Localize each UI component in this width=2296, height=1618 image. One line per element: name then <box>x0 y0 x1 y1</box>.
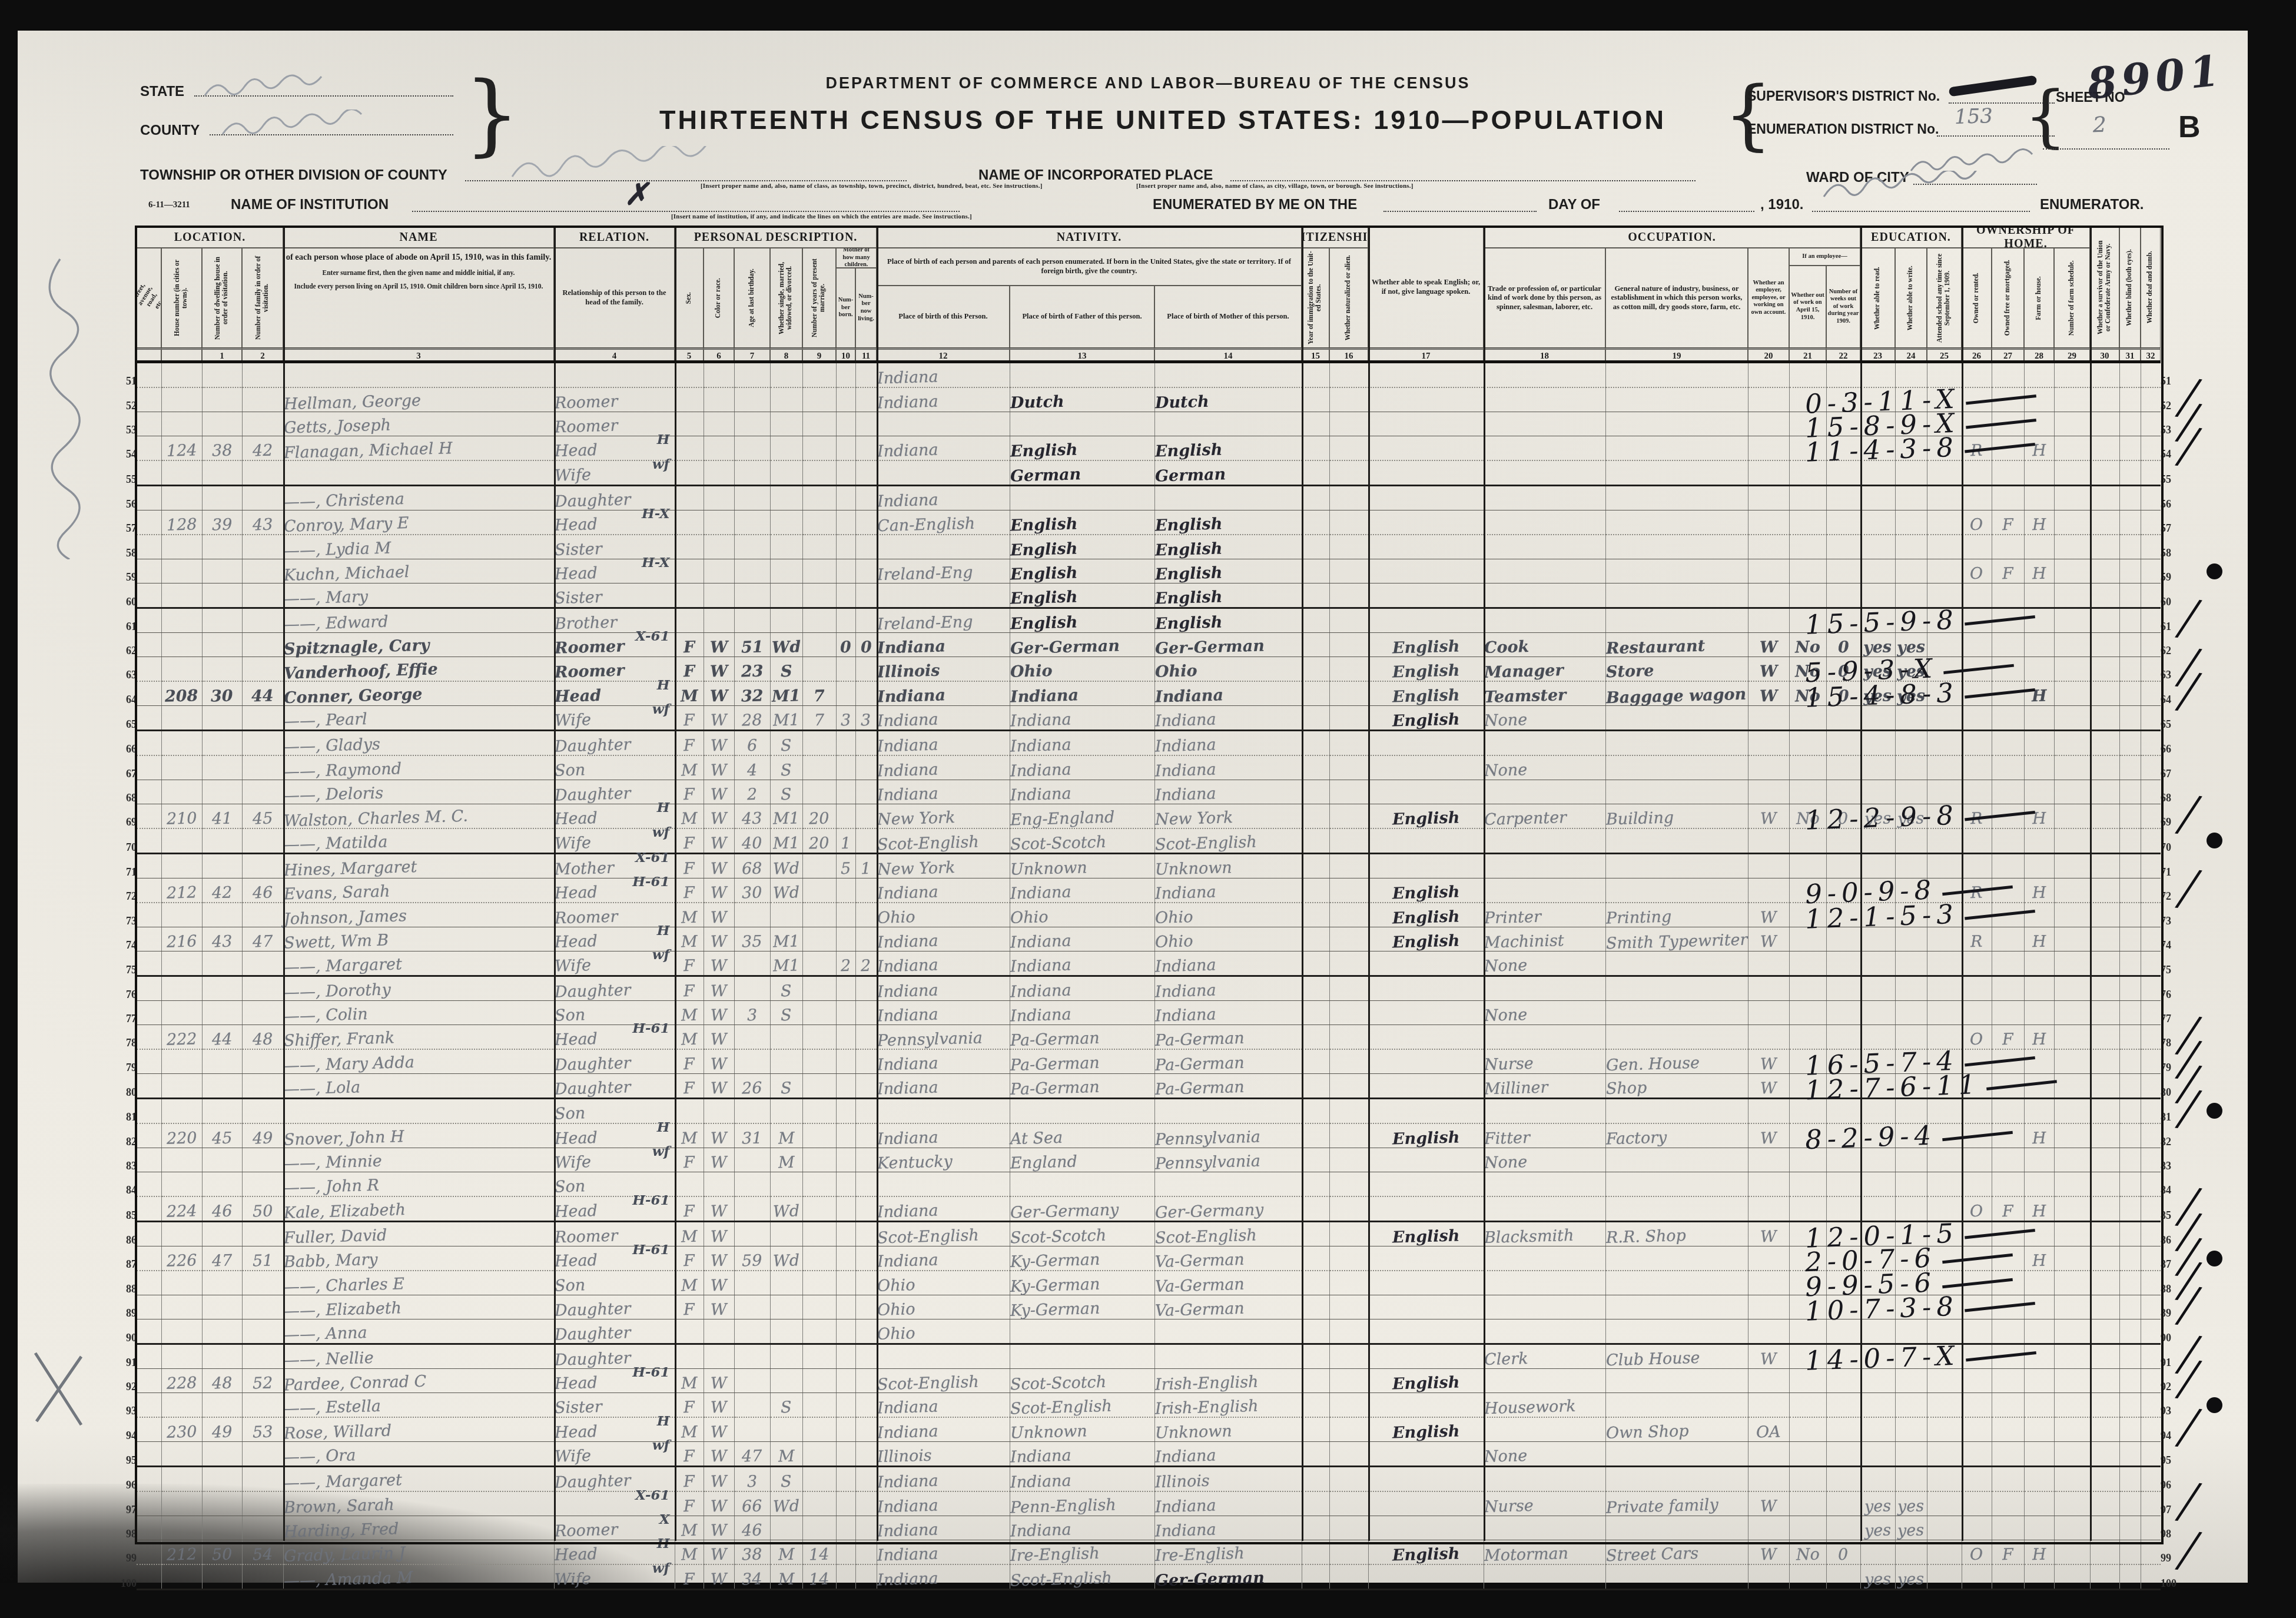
cell-yrs <box>802 657 836 682</box>
cell-fa <box>242 1491 283 1516</box>
cell-wr <box>1895 1172 1927 1197</box>
cell-rd <box>1860 854 1895 878</box>
cell-cb <box>836 510 855 535</box>
handwritten-entry: 51 <box>741 638 763 657</box>
handwritten-entry: Unknown <box>1010 858 1087 879</box>
cell-race: W <box>704 780 734 804</box>
cell-ow <box>1789 486 1826 510</box>
cell-emp: W <box>1748 927 1789 951</box>
cell-pob <box>877 460 1010 486</box>
row-number-left: 91 <box>126 1357 137 1368</box>
cell-pf: English <box>1010 583 1154 608</box>
handwritten-entry: Head <box>554 515 598 535</box>
cell-mar: Wd <box>770 854 802 878</box>
cell-sex <box>675 559 704 583</box>
cell-vet <box>2090 1123 2119 1148</box>
cell-st <box>137 755 161 780</box>
cell-emp <box>1748 510 1789 535</box>
cell-vet <box>2090 412 2119 436</box>
cell-mar <box>770 486 802 510</box>
cell-dw <box>202 657 242 682</box>
relation-ink-mark: H <box>657 1413 670 1429</box>
cell-ind: Private family <box>1605 1491 1748 1516</box>
cell-cl <box>855 510 877 535</box>
handwritten-entry: ——, Mary <box>283 588 368 608</box>
cell-wr: yes <box>1895 1516 1927 1540</box>
handwritten-entry: 45 <box>211 1129 232 1148</box>
cell-df <box>2141 927 2161 951</box>
handwritten-entry: F <box>2002 1546 2014 1564</box>
cell-cl <box>855 804 877 829</box>
cell-wks <box>1826 510 1860 535</box>
cell-dw <box>202 460 242 486</box>
cell-pm: Indiana <box>1154 976 1302 1001</box>
cell-mar <box>770 1049 802 1074</box>
cell-rel: HeadH-61 <box>554 878 675 903</box>
cell-im <box>1302 1099 1329 1124</box>
cell-cb <box>836 1344 855 1369</box>
handwritten-entry: Sister <box>554 1398 602 1417</box>
cell-age: 38 <box>734 1540 770 1565</box>
cell-cb: 5 <box>836 854 855 878</box>
handwritten-entry: M1 <box>773 932 800 951</box>
cell-ow <box>1789 535 1826 559</box>
dayof-label: DAY OF <box>1548 197 1600 213</box>
cell-sex: F <box>675 1246 704 1271</box>
handwritten-entry: Indiana <box>877 1079 938 1099</box>
cell-pm: Ohio <box>1154 903 1302 927</box>
cell-fh <box>2024 1417 2054 1442</box>
handwritten-entry: Indiana <box>1010 1521 1071 1541</box>
handwritten-entry: F <box>684 1252 695 1271</box>
cell-trade <box>1484 1196 1605 1222</box>
row-number-right: 73 <box>2161 915 2171 927</box>
cell-dw <box>202 1564 242 1590</box>
cell-age <box>734 412 770 436</box>
cell-race <box>704 608 734 633</box>
cell-pob: Can-English <box>877 510 1010 535</box>
cell-own: R <box>1962 927 1992 951</box>
cell-sch <box>1927 1148 1962 1172</box>
cell-pob: Indiana <box>877 1417 1010 1442</box>
cell-ind <box>1605 780 1748 804</box>
cell-pm: Ire-English <box>1154 1540 1302 1565</box>
cell-rd <box>1860 755 1895 780</box>
cell-yrs <box>802 780 836 804</box>
handwritten-entry: Indiana <box>877 1497 938 1517</box>
handwritten-entry: Indiana <box>1154 1447 1216 1467</box>
table-row: 96——, MargaretDaughterFW3SIndianaIndiana… <box>115 1467 2249 1492</box>
cell-cl <box>855 559 877 583</box>
cell-cb <box>836 1222 855 1246</box>
cell-hn: 212 <box>161 1540 202 1565</box>
cell-sex: M <box>675 903 704 927</box>
handwritten-entry: 226 <box>166 1251 197 1270</box>
cell-eng <box>1368 1344 1484 1369</box>
cell-eng <box>1368 608 1484 633</box>
cell-age: 4 <box>734 755 770 780</box>
cell-ow <box>1789 510 1826 535</box>
cell-name: ——, Deloris <box>283 780 554 804</box>
cell-rel: Wifewf <box>554 951 675 976</box>
table-row: 66——, GladysDaughterFW6SIndianaIndianaIn… <box>115 731 2249 756</box>
cell-trade <box>1484 828 1605 854</box>
row-number-left: 68 <box>126 792 137 804</box>
cell-sex <box>675 460 704 486</box>
row-number-right: 89 <box>2161 1307 2171 1319</box>
cell-wks <box>1826 583 1860 608</box>
cell-mort <box>1992 1491 2024 1516</box>
cell-sex <box>675 436 704 461</box>
cell-eng <box>1368 387 1484 412</box>
handwritten-entry: ——, Deloris <box>283 784 383 805</box>
cell-im <box>1302 1074 1329 1099</box>
cell-dw <box>202 951 242 976</box>
handwritten-entry: 14 <box>809 1546 830 1564</box>
cell-pf: English <box>1010 559 1154 583</box>
cell-ind <box>1605 535 1748 559</box>
handwritten-entry: Hellman, George <box>283 392 421 413</box>
cell-sch <box>1927 755 1962 780</box>
cell-cb <box>836 486 855 510</box>
cell-sex: F <box>675 1393 704 1418</box>
cell-sch <box>1927 1540 1962 1565</box>
cell-mar <box>770 1319 802 1344</box>
handwritten-entry: 42 <box>211 884 232 903</box>
cell-fh: H <box>2024 1246 2054 1271</box>
cell-sch <box>1927 1417 1962 1442</box>
handwritten-entry: Restaurant <box>1605 637 1705 658</box>
cell-ind: R.R. Shop <box>1605 1222 1748 1246</box>
cell-emp <box>1748 854 1789 878</box>
handwritten-entry: W <box>711 1546 728 1564</box>
cell-bl <box>2119 1564 2141 1590</box>
cell-eng: English <box>1368 657 1484 682</box>
cell-hn: 222 <box>161 1025 202 1050</box>
cell-yrs: 7 <box>802 681 836 706</box>
cell-yrs <box>802 755 836 780</box>
handwritten-entry: Getts, Joseph <box>283 416 391 437</box>
cell-trade: Carpenter <box>1484 804 1605 829</box>
cell-pm: Indiana <box>1154 1442 1302 1467</box>
cell-dw <box>202 1491 242 1516</box>
handwritten-entry: Indiana <box>877 1521 938 1541</box>
cell-bl <box>2119 1369 2141 1393</box>
handwritten-entry: Va-German <box>1154 1299 1245 1320</box>
cell-pm <box>1154 412 1302 436</box>
sheet-sub-value: 2 <box>2092 113 2106 138</box>
cell-sch <box>1927 706 1962 731</box>
cell-im <box>1302 927 1329 951</box>
cell-mar: M1 <box>770 804 802 829</box>
cell-rd <box>1860 583 1895 608</box>
cell-ind <box>1605 608 1748 633</box>
row-number-right: 65 <box>2161 718 2171 730</box>
cell-hn <box>161 854 202 878</box>
cell-sch <box>1927 1393 1962 1418</box>
cell-pob <box>877 1099 1010 1124</box>
handwritten-entry: H <box>2032 1252 2046 1271</box>
cell-df <box>2141 412 2161 436</box>
cell-yrs <box>802 1001 836 1025</box>
cell-nat <box>1329 363 1368 387</box>
row-number-right: 88 <box>2161 1283 2171 1295</box>
cell-mar <box>770 1417 802 1442</box>
cell-yrs <box>802 486 836 510</box>
header-cell: Whether able to write. <box>1895 248 1927 348</box>
cell-df <box>2141 804 2161 829</box>
handwritten-entry: Spitznagle, Cary <box>283 636 429 659</box>
relation-ink-mark: H <box>657 1536 670 1551</box>
cell-pf <box>1010 1099 1154 1124</box>
cell-cb <box>836 1491 855 1516</box>
cell-age: 32 <box>734 681 770 706</box>
handwritten-entry: Scot-English <box>877 833 979 854</box>
cell-race: W <box>704 1540 734 1565</box>
cell-yrs <box>802 927 836 951</box>
handwritten-entry: Head <box>554 1545 598 1564</box>
row-number-right: 63 <box>2161 669 2171 681</box>
cell-emp <box>1748 780 1789 804</box>
cell-sex: F <box>675 1148 704 1172</box>
cell-st <box>137 1074 161 1099</box>
handwritten-entry: W <box>711 761 728 780</box>
cell-pob: Indiana <box>877 1074 1010 1099</box>
cell-dw <box>202 780 242 804</box>
cell-vet <box>2090 1442 2119 1467</box>
cell-eng: English <box>1368 804 1484 829</box>
relation-ink-mark: H-61 <box>632 874 669 890</box>
row-number-right: 55 <box>2161 473 2171 485</box>
cell-dw <box>202 1148 242 1172</box>
cell-cb <box>836 1442 855 1467</box>
cell-ow <box>1789 731 1826 756</box>
handwritten-entry: Swett, Wm B <box>283 931 389 953</box>
cell-fa: 46 <box>242 878 283 903</box>
handwritten-entry: M <box>778 1129 795 1148</box>
cell-trade <box>1484 1516 1605 1540</box>
cell-st <box>137 1442 161 1467</box>
cell-sex <box>675 1099 704 1124</box>
handwritten-entry: Daughter <box>554 1299 631 1320</box>
cell-df <box>2141 951 2161 976</box>
handwritten-entry: W <box>711 1006 728 1025</box>
cell-bl <box>2119 1172 2141 1197</box>
handwritten-entry: No <box>1795 638 1821 657</box>
cell-pm: Indiana <box>1154 706 1302 731</box>
cell-fs <box>2054 804 2090 829</box>
cell-rd: yes15-4-8-3 <box>1860 681 1895 706</box>
cell-hn <box>161 633 202 657</box>
handwritten-entry: Wd <box>773 1251 800 1270</box>
cell-rd <box>1860 559 1895 583</box>
handwritten-entry: Son <box>554 1006 585 1024</box>
cell-dw: 48 <box>202 1369 242 1393</box>
cell-pf: Indiana <box>1010 706 1154 731</box>
cell-fh <box>2024 1148 2054 1172</box>
cell-fs <box>2054 1319 2090 1344</box>
row-number-right: 91 <box>2161 1357 2171 1368</box>
table-row: 67——, RaymondSonMW4SIndianaIndianaIndian… <box>115 755 2249 780</box>
cell-name: Evans, Sarah <box>283 878 554 903</box>
cell-bl <box>2119 559 2141 583</box>
cell-pm: Ohio <box>1154 927 1302 951</box>
cell-eng: English <box>1368 681 1484 706</box>
cell-yrs <box>802 1123 836 1148</box>
handwritten-entry: English <box>1010 440 1077 460</box>
cell-eng: English <box>1368 927 1484 951</box>
cell-cb <box>836 681 855 706</box>
cell-nat <box>1329 755 1368 780</box>
cell-emp <box>1748 976 1789 1001</box>
cell-fh <box>2024 976 2054 1001</box>
cell-mar <box>770 535 802 559</box>
handwritten-entry: Irish-English <box>1154 1373 1258 1394</box>
cell-sch <box>1927 1172 1962 1197</box>
ink-slash-mark: ╱ <box>2176 794 2201 835</box>
handwritten-entry: Ire-English <box>1154 1544 1244 1565</box>
cell-st <box>137 731 161 756</box>
handwritten-entry: Indiana <box>1154 785 1216 805</box>
cell-sch <box>1927 1467 1962 1492</box>
handwritten-entry: Indiana <box>877 1545 938 1565</box>
cell-im <box>1302 1172 1329 1197</box>
handwritten-entry: Ger-German <box>1154 636 1265 658</box>
cell-eng <box>1368 436 1484 461</box>
cell-own <box>1962 706 1992 731</box>
cell-st <box>137 412 161 436</box>
cell-mar: Wd <box>770 1196 802 1222</box>
handwritten-entry: English <box>1392 637 1459 657</box>
row-number-left: 70 <box>126 841 137 853</box>
cell-sex <box>675 387 704 412</box>
cell-dw <box>202 1074 242 1099</box>
cell-dw: 49 <box>202 1417 242 1442</box>
handwritten-entry: Pa-German <box>1154 1029 1245 1050</box>
table-row: 76——, DorothyDaughterFWSIndianaIndianaIn… <box>115 976 2249 1001</box>
handwritten-entry: Ireland-Eng <box>877 613 973 634</box>
cell-st <box>137 535 161 559</box>
cell-age: 68 <box>734 854 770 878</box>
cell-emp <box>1748 828 1789 854</box>
relation-ink-mark: H <box>657 677 670 693</box>
cell-rd: yes <box>1860 1564 1895 1590</box>
handwritten-entry: 40 <box>742 834 762 853</box>
handwritten-entry: Smith Typewriter <box>1605 931 1747 953</box>
cell-pob <box>877 583 1010 608</box>
district-brace: { <box>1724 69 1773 159</box>
cell-rd <box>1860 486 1895 510</box>
cell-cl <box>855 731 877 756</box>
handwritten-entry: Daughter <box>554 784 631 805</box>
cell-own <box>1962 1172 1992 1197</box>
cell-pob: Indiana <box>877 1467 1010 1492</box>
cell-sex: F <box>675 828 704 854</box>
cell-age <box>734 1196 770 1222</box>
cell-cb <box>836 1417 855 1442</box>
handwritten-entry: Indiana <box>877 932 938 952</box>
township-handwriting-illegible <box>506 146 836 187</box>
handwritten-entry: Indiana <box>1154 736 1216 756</box>
table-row: 73Johnson, JamesRoomerMWOhioOhioOhioEngl… <box>115 903 2249 927</box>
cell-df <box>2141 1417 2161 1442</box>
cell-trade <box>1484 1271 1605 1295</box>
cell-vet <box>2090 1319 2119 1344</box>
handwritten-entry: English <box>1392 1373 1459 1393</box>
cell-vet <box>2090 1491 2119 1516</box>
handwritten-entry: W <box>711 982 728 1001</box>
handwritten-entry: Scot-English <box>877 1226 979 1248</box>
handwritten-entry: F <box>684 884 695 903</box>
cell-rel: Son <box>554 1271 675 1295</box>
cell-bl <box>2119 1417 2141 1442</box>
state-label: STATE <box>140 84 184 100</box>
cell-wr <box>1895 535 1927 559</box>
cell-hn <box>161 1344 202 1369</box>
cell-cl <box>855 583 877 608</box>
cell-eng <box>1368 1025 1484 1050</box>
cell-trade <box>1484 1295 1605 1319</box>
row-number-right: 71 <box>2161 866 2171 878</box>
cell-mort <box>1992 755 2024 780</box>
cell-cl <box>855 1467 877 1492</box>
cell-race <box>704 1344 734 1369</box>
cell-nat <box>1329 804 1368 829</box>
cell-race: W <box>704 1049 734 1074</box>
handwritten-entry: Head <box>554 1423 598 1442</box>
cell-st <box>137 1172 161 1197</box>
ink-slash-mark: ╱ <box>2176 426 2201 468</box>
handwritten-entry: 208 <box>165 687 198 706</box>
handwritten-entry: 38 <box>211 442 232 460</box>
cell-ind <box>1605 1025 1748 1050</box>
cell-vet <box>2090 1564 2119 1590</box>
cell-st <box>137 387 161 412</box>
cell-st <box>137 1417 161 1442</box>
cell-yrs <box>802 436 836 461</box>
handwritten-entry: Indiana <box>877 368 938 388</box>
cell-ow <box>1789 1196 1826 1222</box>
handwritten-entry: F <box>684 834 695 853</box>
cell-im <box>1302 1467 1329 1492</box>
cell-fs <box>2054 486 2090 510</box>
handwritten-entry: Indiana <box>1010 761 1071 781</box>
cell-nat <box>1329 854 1368 878</box>
cell-yrs <box>802 951 836 976</box>
cell-fs <box>2054 1074 2090 1099</box>
handwritten-entry: 38 <box>742 1546 762 1564</box>
cell-pm <box>1154 1099 1302 1124</box>
cell-df <box>2141 1099 2161 1124</box>
cell-emp <box>1748 1393 1789 1418</box>
cell-name: ——, Mary Adda <box>283 1049 554 1074</box>
cell-wks <box>1826 1442 1860 1467</box>
row-number-left: 67 <box>126 768 137 780</box>
handwritten-entry: Indiana <box>877 736 938 756</box>
handwritten-entry: Nurse <box>1484 1055 1534 1074</box>
cell-pm: Indiana <box>1154 1001 1302 1025</box>
cell-sex: M <box>675 1417 704 1442</box>
header-cell: Whether natural­ized or alien. <box>1329 248 1368 348</box>
header-cell: Place of birth of Mother of this person. <box>1154 286 1302 348</box>
row-number-right: 98 <box>2161 1528 2171 1540</box>
cell-ow <box>1789 363 1826 387</box>
header-cell: Whether single, married, widowed, or div… <box>770 248 802 348</box>
cell-nat <box>1329 927 1368 951</box>
handwritten-entry: Printing <box>1605 907 1671 927</box>
scan-border-top <box>0 0 2296 31</box>
cell-ow <box>1789 583 1826 608</box>
